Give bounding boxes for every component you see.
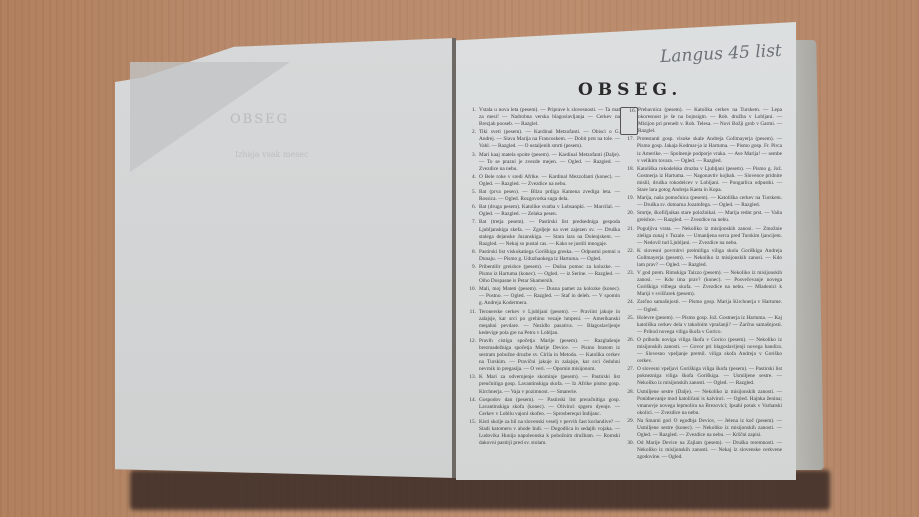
entry-text: Tiki sveti (pesem). — Kardinal Metzofant… [479, 129, 620, 150]
entry-number: 19. [620, 195, 637, 209]
contents-entry: 16.Prehavnica (pesem). — Katolika cerkev… [620, 107, 782, 135]
contents-entry: 14.Gospodov dan (pesem). — Pastirski lis… [462, 397, 620, 418]
entry-text: Pastirski list viskokatiega Goriškiga gr… [479, 249, 620, 263]
entry-number: 14. [462, 397, 479, 418]
entry-text: Smrtje, škofičjaikas stare položnikal. —… [637, 210, 782, 224]
entry-number: 28. [620, 389, 637, 417]
entry-number: 6. [462, 204, 479, 218]
contents-entry: 29.Na Smarni gori O egodbja Device, — Je… [620, 418, 782, 439]
contents-entry: 10.Mali, moj Mateti (pesem). — Dusna pam… [462, 286, 620, 307]
entry-text: Prehavnica (pesem). — Katolika cerkev na… [638, 107, 782, 135]
contents-entry: 13.K Mari za odvernjenje skominje (pesem… [462, 374, 620, 395]
left-page-faded-subtitle: Izhaja vsak mesec [235, 150, 309, 159]
contents-entry: 15.Kisti skolje za bil na slovenski vese… [462, 419, 620, 447]
entry-number: 3. [462, 152, 479, 173]
entry-text: Protestanti gosp. visoke skale Andreja G… [637, 136, 782, 164]
contents-entry: 9.Pribentilir greishce (pesem). — Dušna … [462, 264, 620, 285]
contents-entry: 30.Od Marije Device na Zajlam (pesem). —… [620, 440, 782, 461]
contents-entry: 17.Protestanti gosp. visoke skale Andrej… [620, 136, 782, 164]
book-spine [452, 38, 456, 478]
contents-entry: 3.Mari kaaj matela spoite (pesem). — Kar… [462, 152, 620, 173]
entry-text: Usmiljene sestre (Dalje). — Nekoliko iz … [637, 389, 782, 417]
entry-number: 25. [620, 315, 637, 336]
entry-number: 30. [620, 440, 637, 461]
entry-text: V god prem. Rimskiga Taizzo (pesem). — N… [637, 270, 782, 298]
entry-number: 24. [620, 299, 637, 313]
entry-text: O Bele roke v sredi Afrike. — Kardinal M… [479, 174, 620, 188]
contents-entry: 24.Zarčno samašnjosti. — Pismo gosp. Mar… [620, 299, 782, 313]
entry-text: Vstala u nova leta (pesem). — Priprave k… [479, 107, 620, 128]
contents-entry: 1.Vstala u nova leta (pesem). — Priprave… [462, 107, 620, 128]
contents-left-column: 1.Vstala u nova leta (pesem). — Priprave… [462, 107, 620, 448]
entry-number: 26. [620, 337, 637, 365]
entry-number: 2. [462, 129, 479, 150]
contents-entry: 4.O Bele roke v sredi Afrike. — Kardinal… [462, 174, 620, 188]
entry-number: 12. [462, 338, 479, 373]
left-page-faded-title: OBSEG [230, 112, 289, 127]
entry-text: Bat (prva pesen). — Blizu prdiga Kamena … [479, 189, 620, 203]
entry-number: 16. [620, 107, 638, 135]
entry-number: 20. [620, 210, 637, 224]
entry-text: Pribentilir greishce (pesem). — Dušna po… [479, 264, 620, 285]
contents-entry: 11.Teronerske cerkev v Ljubljani (pesem)… [462, 309, 620, 337]
entry-number: 27. [620, 366, 637, 387]
contents-entry: 7.Bat (tretja pesem). — Pastirski list p… [462, 219, 620, 247]
entry-text: Pravih cistiga spočetja Marije (pesem). … [479, 338, 620, 373]
contents-entry: 8.Pastirski list viskokatiega Goriškiga … [462, 249, 620, 263]
entry-text: Bat (tretja pesem). — Pastirski list pre… [479, 219, 620, 247]
entry-text: Na Smarni gori O egodbja Device, — Jelen… [637, 418, 782, 439]
entry-number: 10. [462, 286, 479, 307]
entry-text: O slovesni vpeljavi Goriškiga viliga ško… [637, 366, 782, 387]
contents-entry: 27.O slovesni vpeljavi Goriškiga viliga … [620, 366, 782, 387]
contents-entry: 22.K slovesni povrnitvi preimiliga vilig… [620, 248, 782, 269]
entry-number: 22. [620, 248, 637, 269]
entry-text: Mali, moj Mateti (pesem). — Dusna pamet … [479, 286, 620, 307]
entry-text: Mari kaaj matela spoite (pesem). — Kardi… [479, 152, 620, 173]
page-title: OBSEG. [578, 80, 682, 100]
contents-entry: 23.V god prem. Rimskiga Taizzo (pesem). … [620, 270, 782, 298]
entry-number: 9. [462, 264, 479, 285]
entry-text: O prihodu noviga viliga škofa v Gorico (… [637, 337, 782, 365]
contents-entry: 18.Katoliška rokodelska druzba v Ljublja… [620, 166, 782, 194]
entry-number: 21. [620, 226, 637, 247]
contents-entry: 20.Smrtje, škofičjaikas stare položnikal… [620, 210, 782, 224]
contents-entry: 25.Holevre (pesem). — Pismo gosp. Jož. G… [620, 315, 782, 336]
entry-text: Od Marije Device na Zajlam (pesem). — Dr… [637, 440, 782, 461]
entry-number: 17. [620, 136, 637, 164]
entry-number: 11. [462, 309, 479, 337]
contents-entry: 6.Bat (druga pesem). Katolike svatba v L… [462, 204, 620, 218]
entry-text: Zarčno samašnjosti. — Pismo gosp. Marija… [637, 299, 782, 313]
entry-number: 1. [462, 107, 479, 128]
entry-text: Kisti skolje za bil na slovenski veselj … [479, 419, 620, 447]
contents-entry: 2.Tiki sveti (pesem). — Kardinal Metzofa… [462, 129, 620, 150]
entry-text: Teronerske cerkev v Ljubljani (pesem). —… [479, 309, 620, 337]
entry-text: Katoliška rokodelska druzba v Ljubljani … [637, 166, 782, 194]
contents-entry: 5.Bat (prva pesen). — Blizu prdiga Kamen… [462, 189, 620, 203]
contents-entry: 12.Pravih cistiga spočetja Marije (pesem… [462, 338, 620, 373]
entry-text: Poguljiva vrata. — Nekoliko iz misijonsk… [637, 226, 782, 247]
entry-number: 7. [462, 219, 479, 247]
entry-number: 8. [462, 249, 479, 263]
entry-number: 13. [462, 374, 479, 395]
entry-number: 29. [620, 418, 637, 439]
entry-text: K Mari za odvernjenje skominje (pesem). … [479, 374, 620, 395]
contents-entry: 26.O prihodu noviga viliga škofa v Goric… [620, 337, 782, 365]
entry-text: Holevre (pesem). — Pismo gosp. Jož. Gost… [637, 315, 782, 336]
entry-number: 4. [462, 174, 479, 188]
entry-text: K slovesni povrnitvi preimiliga viliga s… [637, 248, 782, 269]
contents-entry: 21.Poguljiva vrata. — Nekoliko iz misijo… [620, 226, 782, 247]
entry-number: 18. [620, 166, 637, 194]
entry-number: 23. [620, 270, 637, 298]
entry-text: Gospodov dan (pesem). — Pastirski list p… [479, 397, 620, 418]
entry-text: Marija, naša pomočnica (pesem). — Katoli… [637, 195, 782, 209]
contents-entry: 28.Usmiljene sestre (Dalje). — Nekoliko … [620, 389, 782, 417]
entry-text: Bat (druga pesem). Katolike svatba v Lob… [479, 204, 620, 218]
entry-number: 5. [462, 189, 479, 203]
contents-right-column: 16.Prehavnica (pesem). — Katolika cerkev… [620, 107, 782, 463]
contents-entry: 19.Marija, naša pomočnica (pesem). — Kat… [620, 195, 782, 209]
entry-number: 15. [462, 419, 479, 447]
